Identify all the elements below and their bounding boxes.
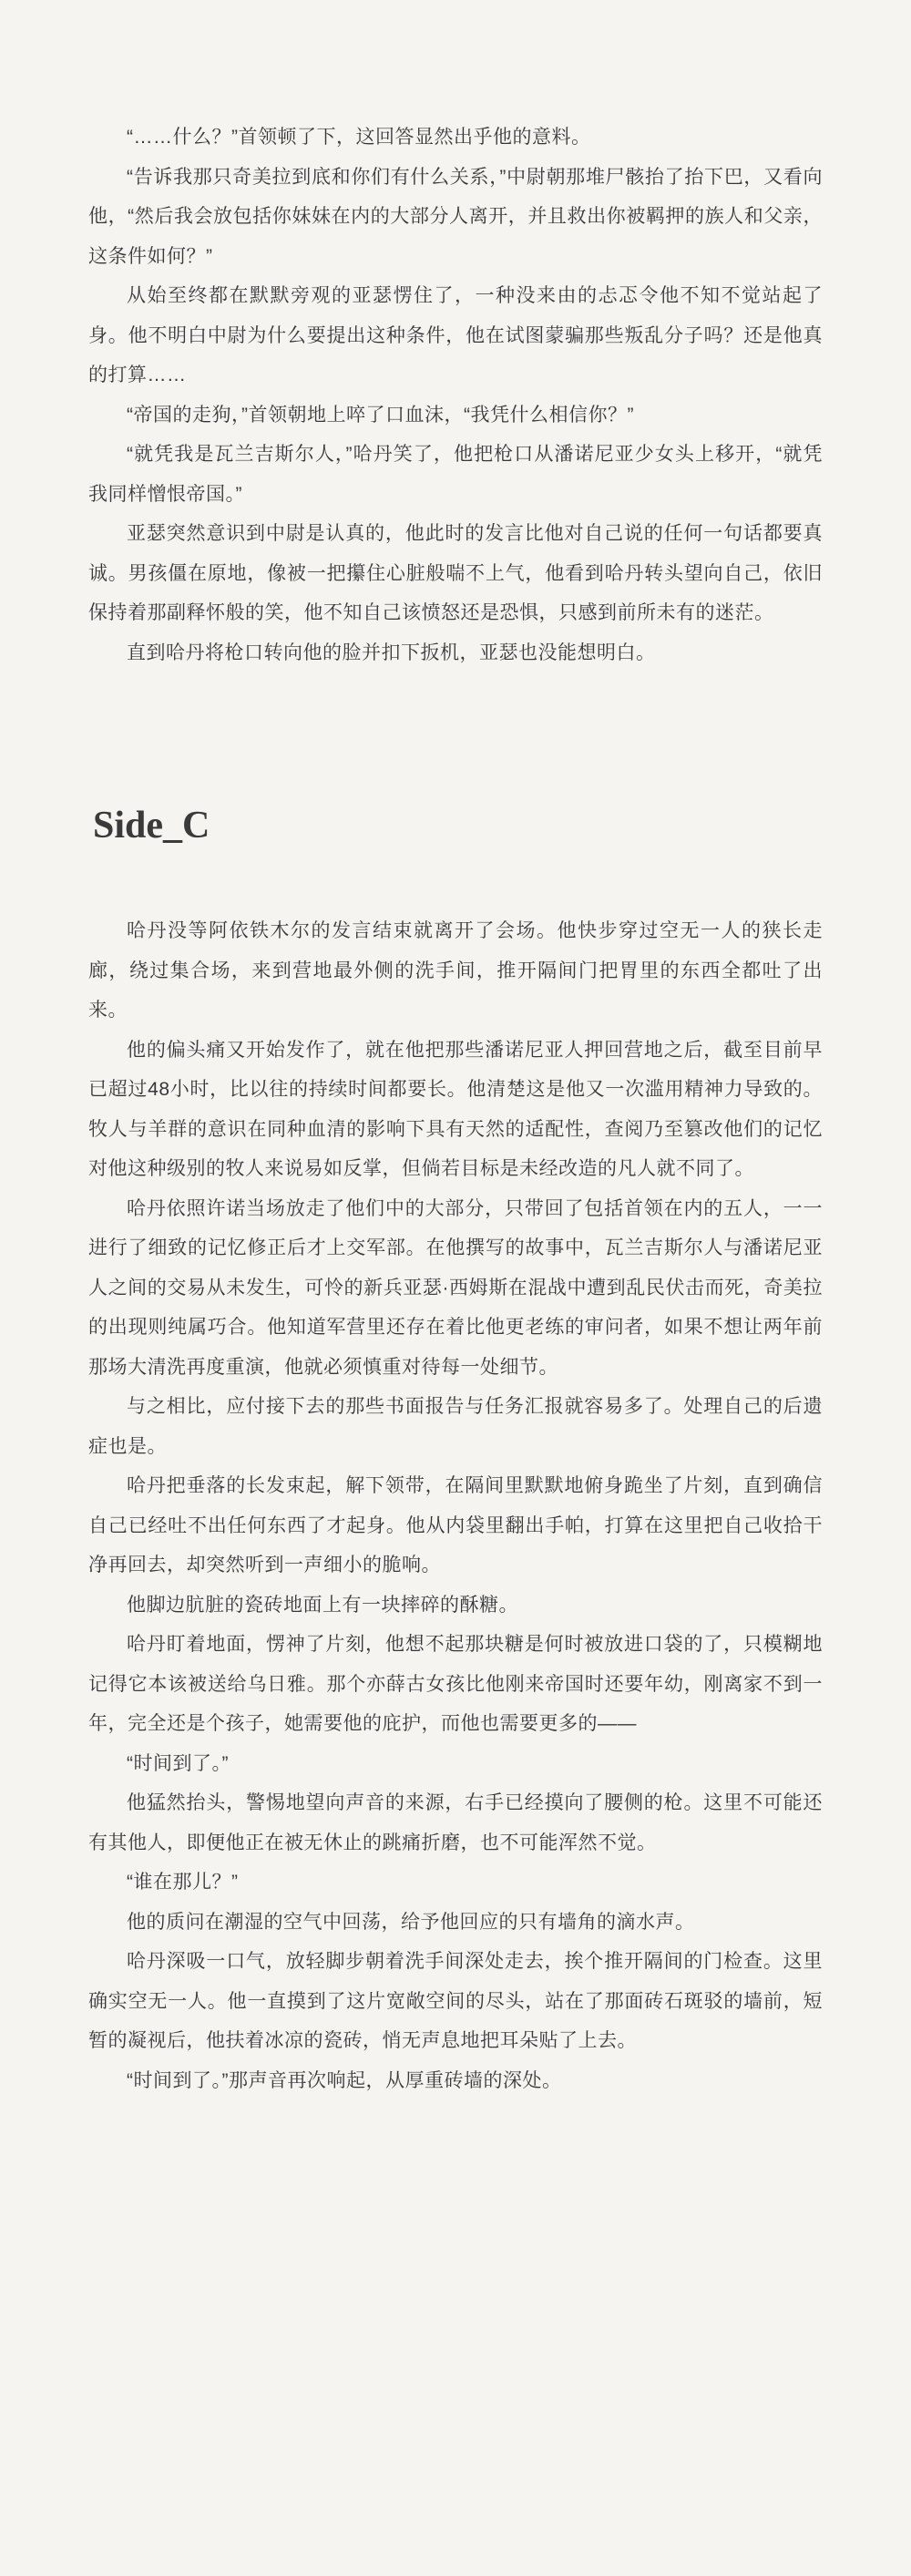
paragraph: “时间到了。”那声音再次响起，从厚重砖墙的深处。 [88,2061,823,2101]
story-part-2: 哈丹没等阿依铁木尔的发言结束就离开了会场。他快步穿过空无一人的狭长走廊，绕过集合… [88,911,823,2100]
paragraph: “时间到了。” [88,1744,823,1784]
paragraph: 哈丹盯着地面，愣神了片刻，他想不起那块糖是何时被放进口袋的了，只模糊地记得它本该… [88,1625,823,1744]
paragraph: 亚瑟突然意识到中尉是认真的，他此时的发言比他对自己说的任何一句话都要真诚。男孩僵… [88,514,823,633]
paragraph: 哈丹深吸一口气，放轻脚步朝着洗手间深处走去，挨个推开隔间的门检查。这里确实空无一… [88,1942,823,2061]
paragraph: “谁在那儿？” [88,1863,823,1903]
paragraph: 从始至终都在默默旁观的亚瑟愣住了，一种没来由的忐忑令他不知不觉站起了身。他不明白… [88,276,823,395]
paragraph: 与之相比，应付接下去的那些书面报告与任务汇报就容易多了。处理自己的后遗症也是。 [88,1387,823,1466]
paragraph: “就凭我是瓦兰吉斯尔人，”哈丹笑了，他把枪口从潘诺尼亚少女头上移开，“就凭我同样… [88,435,823,514]
paragraph: 他猛然抬头，警惕地望向声音的来源，右手已经摸向了腰侧的枪。这里不可能还有其他人，… [88,1783,823,1863]
paragraph: 直到哈丹将枪口转向他的脸并扣下扳机，亚瑟也没能想明白。 [88,633,823,673]
paragraph: 他脚边肮脏的瓷砖地面上有一块摔碎的酥糖。 [88,1586,823,1626]
section-heading: Side_C [93,806,210,845]
paragraph: “……什么？”首领顿了下，这回答显然出乎他的意料。 [88,118,823,158]
story-part-1: “……什么？”首领顿了下，这回答显然出乎他的意料。 “告诉我那只奇美拉到底和你们… [88,118,823,672]
paragraph: “帝国的走狗，”首领朝地上啐了口血沫，“我凭什么相信你？” [88,395,823,436]
paragraph: 哈丹没等阿依铁木尔的发言结束就离开了会场。他快步穿过空无一人的狭长走廊，绕过集合… [88,911,823,1031]
paragraph: 哈丹把垂落的长发束起，解下领带，在隔间里默默地俯身跪坐了片刻，直到确信自己已经吐… [88,1466,823,1586]
article-page: “……什么？”首领顿了下，这回答显然出乎他的意料。 “告诉我那只奇美拉到底和你们… [0,0,911,2576]
paragraph: 他的质问在潮湿的空气中回荡，给予他回应的只有墙角的滴水声。 [88,1903,823,1943]
paragraph: 他的偏头痛又开始发作了，就在他把那些潘诺尼亚人押回营地之后，截至目前早已超过48… [88,1031,823,1189]
paragraph: “告诉我那只奇美拉到底和你们有什么关系，”中尉朝那堆尸骸抬了抬下巴，又看向他，“… [88,158,823,277]
paragraph: 哈丹依照许诺当场放走了他们中的大部分，只带回了包括首领在内的五人，一一进行了细致… [88,1189,823,1388]
